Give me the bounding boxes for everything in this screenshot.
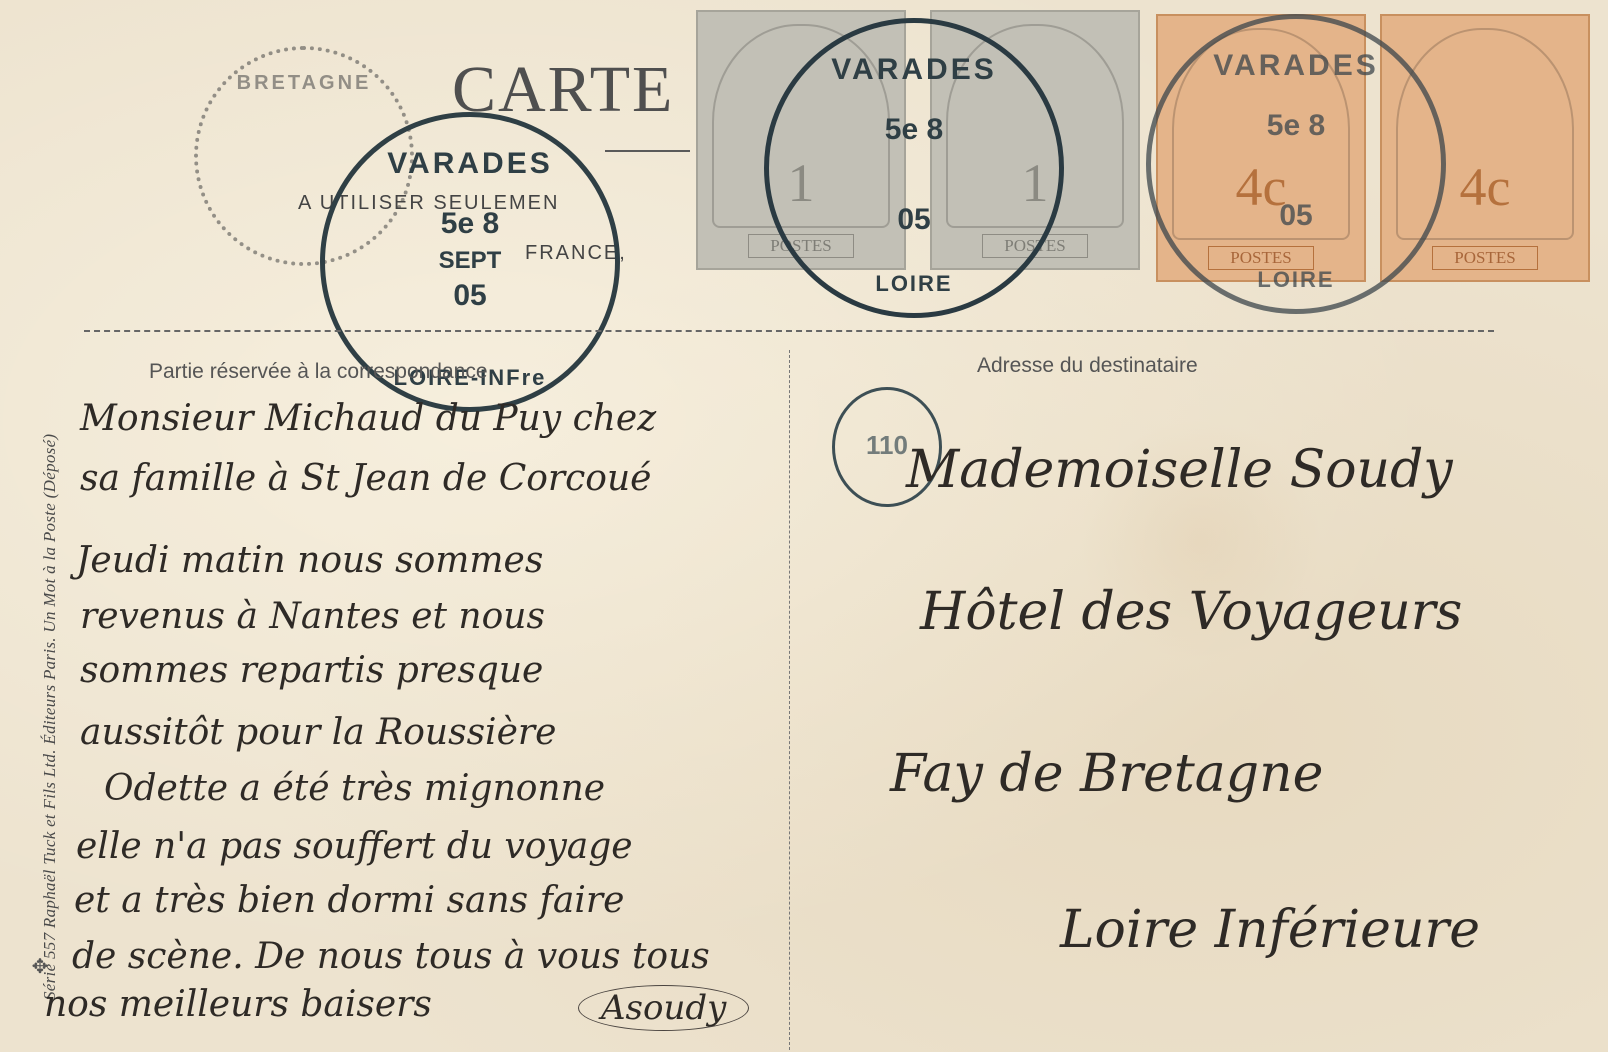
postmark-year: 05 xyxy=(1151,199,1441,233)
signature: Asoudy xyxy=(578,985,749,1031)
message-line: Monsieur Michaud du Puy chez xyxy=(80,398,656,439)
postmark-town: VARADES xyxy=(769,53,1059,87)
correspondence-label: Partie réservée à la correspondance xyxy=(149,360,488,384)
postmark-varades-middle: VARADES 5e 8 05 LOIRE xyxy=(764,18,1064,318)
address-line: Mademoiselle Soudy xyxy=(906,440,1453,500)
publisher-imprint: Série 557 Raphaël Tuck et Fils Ltd. Édit… xyxy=(40,434,60,1000)
message-line: sa famille à St Jean de Corcoué xyxy=(80,458,651,499)
address-line: Loire Inférieure xyxy=(1060,900,1480,960)
postmark-town: VARADES xyxy=(1151,49,1441,83)
message-line: aussitôt pour la Roussière xyxy=(80,712,556,753)
postmark-date: 5e 8 xyxy=(325,207,615,241)
postcard-back: Série 557 Raphaël Tuck et Fils Ltd. Édit… xyxy=(0,0,1608,1052)
message-line: Odette a été très mignonne xyxy=(104,768,605,809)
message-line: sommes repartis presque xyxy=(80,650,543,691)
postmark-varades-right: VARADES 5e 8 05 LOIRE xyxy=(1146,14,1446,314)
postmark-department: LOIRE xyxy=(1151,267,1441,293)
address-line: Hôtel des Voyageurs xyxy=(920,582,1462,642)
center-divider xyxy=(789,350,790,1050)
message-line: de scène. De nous tous à vous tous xyxy=(72,936,710,977)
postmark-date: 5e 8 xyxy=(1151,109,1441,143)
title-rule xyxy=(605,150,690,152)
message-line: nos meilleurs baisers xyxy=(44,984,432,1025)
postmark-year: 05 xyxy=(769,203,1059,237)
faint-postmark-text: BRETAGNE xyxy=(198,72,410,95)
stamp-label: POSTES xyxy=(1432,246,1538,270)
postmark-month: SEPT xyxy=(325,247,615,275)
message-line: elle n'a pas souffert du voyage xyxy=(76,826,633,867)
message-line: Jeudi matin nous sommes xyxy=(76,540,543,581)
header-divider xyxy=(84,330,1494,332)
postmark-department: LOIRE xyxy=(769,271,1059,297)
message-line: revenus à Nantes et nous xyxy=(80,596,545,637)
publisher-logo-icon: ✥ xyxy=(22,955,58,979)
postmark-date: 5e 8 xyxy=(769,113,1059,147)
postmark-year: 05 xyxy=(325,279,615,313)
message-line: et a très bien dormi sans faire xyxy=(74,880,624,921)
postmark-town: VARADES xyxy=(325,147,615,181)
address-line: Fay de Bretagne xyxy=(890,744,1323,804)
address-label: Adresse du destinataire xyxy=(977,354,1198,378)
